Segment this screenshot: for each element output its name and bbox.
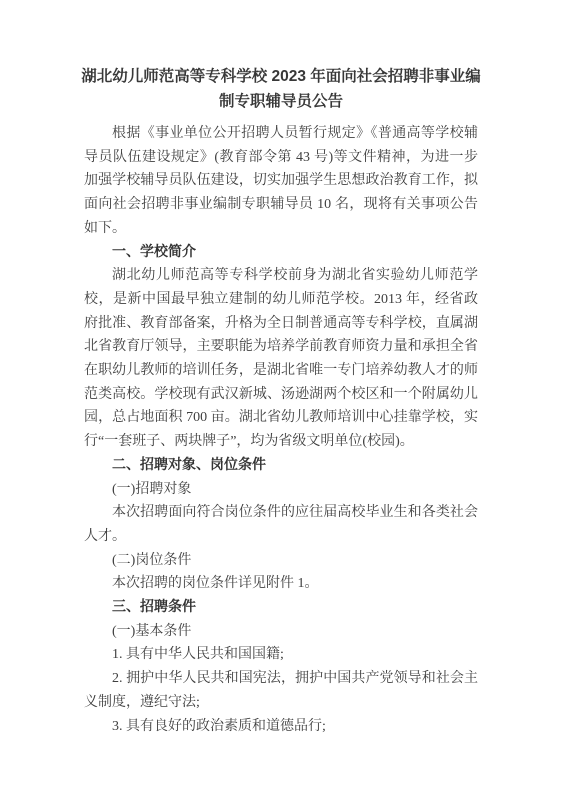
document-title-line-1: 湖北幼儿师范高等专科学校 2023 年面向社会招聘非事业编 — [76, 64, 486, 89]
section-heading-recruit-conditions: 三、招聘条件 — [84, 596, 478, 620]
document-title: 湖北幼儿师范高等专科学校 2023 年面向社会招聘非事业编 制专职辅导员公告 — [76, 64, 486, 114]
section-heading-recruit-target: 二、招聘对象、岗位条件 — [84, 454, 478, 478]
paragraph-school-intro: 湖北幼儿师范高等专科学校前身为湖北省实验幼儿师范学校，是新中国最早独立建制的幼儿… — [84, 264, 478, 454]
subheading-recruit-target: (一)招聘对象 — [84, 478, 478, 502]
subheading-post-conditions: (二)岗位条件 — [84, 549, 478, 573]
subheading-basic-conditions: (一)基本条件 — [84, 620, 478, 644]
paragraph-post-conditions: 本次招聘的岗位条件详见附件 1。 — [84, 572, 478, 596]
paragraph-recruit-target: 本次招聘面向符合岗位条件的应往届高校毕业生和各类社会人才。 — [84, 501, 478, 548]
list-item-condition-2: 2. 拥护中华人民共和国宪法，拥护中国共产党领导和社会主义制度，遵纪守法; — [84, 667, 478, 714]
paragraph-intro: 根据《事业单位公开招聘人员暂行规定》《普通高等学校辅导员队伍建设规定》(教育部令… — [84, 122, 478, 241]
document-title-line-2: 制专职辅导员公告 — [76, 89, 486, 114]
list-item-condition-1: 1. 具有中华人民共和国国籍; — [84, 643, 478, 667]
section-heading-school-intro: 一、学校简介 — [84, 241, 478, 265]
document-page: 湖北幼儿师范高等专科学校 2023 年面向社会招聘非事业编 制专职辅导员公告 根… — [0, 0, 565, 800]
list-item-condition-3: 3. 具有良好的政治素质和道德品行; — [84, 715, 478, 739]
